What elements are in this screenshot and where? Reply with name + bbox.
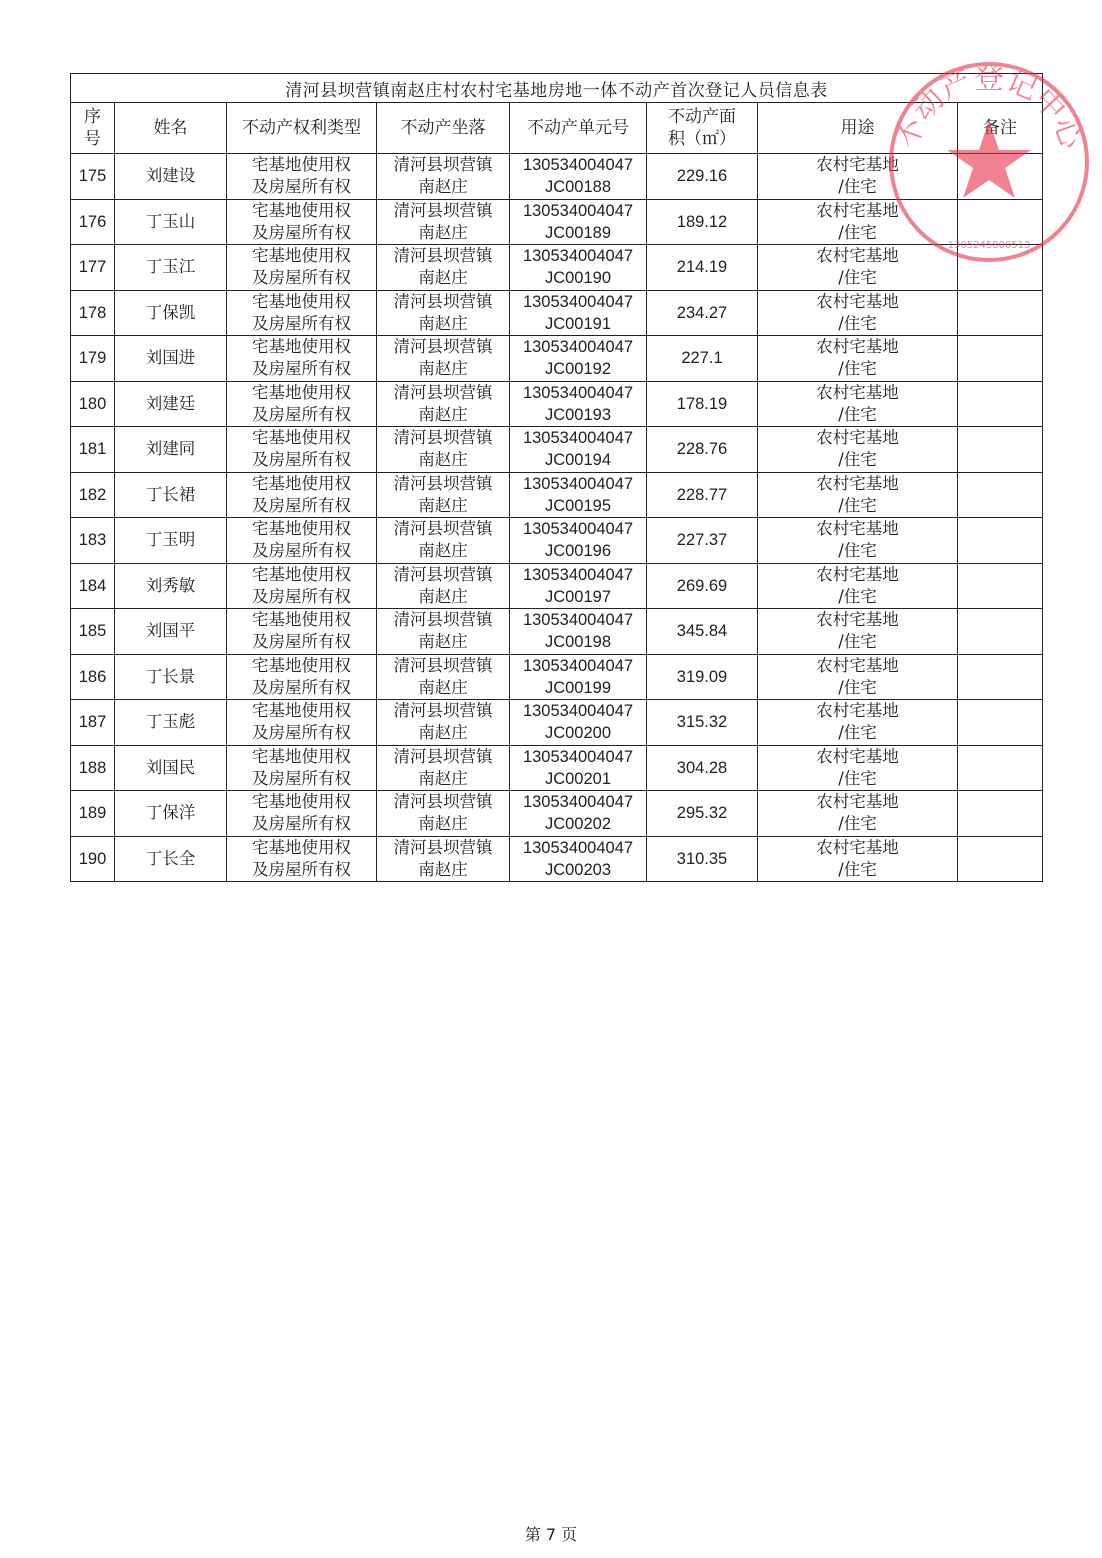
cell-area: 214.19 xyxy=(647,245,758,291)
cell-location: 清河县坝营镇南赵庄 xyxy=(377,290,510,336)
cell-remark xyxy=(958,381,1043,427)
table-row: 184刘秀敏宅基地使用权及房屋所有权清河县坝营镇南赵庄130534004047J… xyxy=(71,563,1043,609)
cell-remark xyxy=(958,700,1043,746)
cell-unit-no: 130534004047JC00198 xyxy=(510,609,647,655)
cell-right-type: 宅基地使用权及房屋所有权 xyxy=(227,245,377,291)
cell-unit-no: 130534004047JC00193 xyxy=(510,381,647,427)
cell-right-type: 宅基地使用权及房屋所有权 xyxy=(227,609,377,655)
table-row: 176丁玉山宅基地使用权及房屋所有权清河县坝营镇南赵庄130534004047J… xyxy=(71,199,1043,245)
header-usage: 用途 xyxy=(758,103,958,154)
cell-area: 304.28 xyxy=(647,745,758,791)
cell-unit-no: 130534004047JC00199 xyxy=(510,654,647,700)
cell-remark xyxy=(958,199,1043,245)
cell-location: 清河县坝营镇南赵庄 xyxy=(377,199,510,245)
cell-usage: 农村宅基地/住宅 xyxy=(758,745,958,791)
header-location: 不动产坐落 xyxy=(377,103,510,154)
table-row: 186丁长景宅基地使用权及房屋所有权清河县坝营镇南赵庄130534004047J… xyxy=(71,654,1043,700)
table-row: 187丁玉彪宅基地使用权及房屋所有权清河县坝营镇南赵庄130534004047J… xyxy=(71,700,1043,746)
cell-name: 刘秀敏 xyxy=(115,563,227,609)
cell-area: 269.69 xyxy=(647,563,758,609)
cell-name: 丁保凯 xyxy=(115,290,227,336)
cell-location: 清河县坝营镇南赵庄 xyxy=(377,609,510,655)
cell-area: 227.37 xyxy=(647,518,758,564)
cell-location: 清河县坝营镇南赵庄 xyxy=(377,654,510,700)
cell-right-type: 宅基地使用权及房屋所有权 xyxy=(227,563,377,609)
cell-remark xyxy=(958,245,1043,291)
cell-unit-no: 130534004047JC00190 xyxy=(510,245,647,291)
cell-right-type: 宅基地使用权及房屋所有权 xyxy=(227,472,377,518)
cell-right-type: 宅基地使用权及房屋所有权 xyxy=(227,427,377,473)
cell-location: 清河县坝营镇南赵庄 xyxy=(377,563,510,609)
cell-name: 丁保洋 xyxy=(115,791,227,837)
cell-name: 丁玉山 xyxy=(115,199,227,245)
cell-location: 清河县坝营镇南赵庄 xyxy=(377,336,510,382)
cell-seq: 176 xyxy=(71,199,115,245)
cell-unit-no: 130534004047JC00196 xyxy=(510,518,647,564)
cell-unit-no: 130534004047JC00192 xyxy=(510,336,647,382)
cell-area: 189.12 xyxy=(647,199,758,245)
cell-remark xyxy=(958,609,1043,655)
cell-right-type: 宅基地使用权及房屋所有权 xyxy=(227,700,377,746)
cell-usage: 农村宅基地/住宅 xyxy=(758,700,958,746)
cell-area: 227.1 xyxy=(647,336,758,382)
table-row: 188刘国民宅基地使用权及房屋所有权清河县坝营镇南赵庄130534004047J… xyxy=(71,745,1043,791)
cell-unit-no: 130534004047JC00188 xyxy=(510,154,647,200)
cell-unit-no: 130534004047JC00203 xyxy=(510,836,647,882)
cell-seq: 179 xyxy=(71,336,115,382)
cell-name: 丁玉江 xyxy=(115,245,227,291)
cell-location: 清河县坝营镇南赵庄 xyxy=(377,700,510,746)
cell-area: 319.09 xyxy=(647,654,758,700)
cell-location: 清河县坝营镇南赵庄 xyxy=(377,427,510,473)
cell-seq: 187 xyxy=(71,700,115,746)
cell-seq: 184 xyxy=(71,563,115,609)
cell-usage: 农村宅基地/住宅 xyxy=(758,791,958,837)
table-row: 182丁长裙宅基地使用权及房屋所有权清河县坝营镇南赵庄130534004047J… xyxy=(71,472,1043,518)
cell-location: 清河县坝营镇南赵庄 xyxy=(377,518,510,564)
cell-name: 刘国平 xyxy=(115,609,227,655)
header-remark: 备注 xyxy=(958,103,1043,154)
cell-remark xyxy=(958,472,1043,518)
header-area: 不动产面积（㎡） xyxy=(647,103,758,154)
cell-name: 丁长景 xyxy=(115,654,227,700)
cell-name: 刘建同 xyxy=(115,427,227,473)
cell-right-type: 宅基地使用权及房屋所有权 xyxy=(227,836,377,882)
registration-info-table-container: 清河县坝营镇南赵庄村农村宅基地房地一体不动产首次登记人员信息表 序号 姓名 不动… xyxy=(70,73,1042,882)
cell-area: 315.32 xyxy=(647,700,758,746)
table-row: 179刘国进宅基地使用权及房屋所有权清河县坝营镇南赵庄130534004047J… xyxy=(71,336,1043,382)
table-title: 清河县坝营镇南赵庄村农村宅基地房地一体不动产首次登记人员信息表 xyxy=(71,74,1043,103)
cell-seq: 183 xyxy=(71,518,115,564)
cell-seq: 182 xyxy=(71,472,115,518)
cell-unit-no: 130534004047JC00195 xyxy=(510,472,647,518)
cell-usage: 农村宅基地/住宅 xyxy=(758,245,958,291)
table-row: 181刘建同宅基地使用权及房屋所有权清河县坝营镇南赵庄130534004047J… xyxy=(71,427,1043,473)
header-name: 姓名 xyxy=(115,103,227,154)
header-unit-no: 不动产单元号 xyxy=(510,103,647,154)
cell-area: 178.19 xyxy=(647,381,758,427)
cell-right-type: 宅基地使用权及房屋所有权 xyxy=(227,154,377,200)
cell-unit-no: 130534004047JC00200 xyxy=(510,700,647,746)
cell-usage: 农村宅基地/住宅 xyxy=(758,654,958,700)
cell-unit-no: 130534004047JC00197 xyxy=(510,563,647,609)
cell-unit-no: 130534004047JC00201 xyxy=(510,745,647,791)
cell-usage: 农村宅基地/住宅 xyxy=(758,518,958,564)
table-row: 190丁长全宅基地使用权及房屋所有权清河县坝营镇南赵庄130534004047J… xyxy=(71,836,1043,882)
cell-location: 清河县坝营镇南赵庄 xyxy=(377,381,510,427)
cell-name: 刘国民 xyxy=(115,745,227,791)
cell-right-type: 宅基地使用权及房屋所有权 xyxy=(227,290,377,336)
cell-unit-no: 130534004047JC00191 xyxy=(510,290,647,336)
cell-area: 229.16 xyxy=(647,154,758,200)
cell-remark xyxy=(958,563,1043,609)
registration-info-table: 清河县坝营镇南赵庄村农村宅基地房地一体不动产首次登记人员信息表 序号 姓名 不动… xyxy=(70,73,1043,882)
cell-remark xyxy=(958,290,1043,336)
cell-area: 295.32 xyxy=(647,791,758,837)
cell-area: 345.84 xyxy=(647,609,758,655)
cell-name: 丁玉彪 xyxy=(115,700,227,746)
cell-location: 清河县坝营镇南赵庄 xyxy=(377,245,510,291)
cell-area: 310.35 xyxy=(647,836,758,882)
cell-name: 刘建设 xyxy=(115,154,227,200)
cell-seq: 188 xyxy=(71,745,115,791)
cell-remark xyxy=(958,518,1043,564)
cell-remark xyxy=(958,791,1043,837)
cell-area: 228.77 xyxy=(647,472,758,518)
cell-location: 清河县坝营镇南赵庄 xyxy=(377,472,510,518)
table-row: 178丁保凯宅基地使用权及房屋所有权清河县坝营镇南赵庄130534004047J… xyxy=(71,290,1043,336)
cell-remark xyxy=(958,427,1043,473)
cell-remark xyxy=(958,745,1043,791)
cell-unit-no: 130534004047JC00202 xyxy=(510,791,647,837)
cell-remark xyxy=(958,336,1043,382)
cell-usage: 农村宅基地/住宅 xyxy=(758,609,958,655)
cell-usage: 农村宅基地/住宅 xyxy=(758,563,958,609)
cell-right-type: 宅基地使用权及房屋所有权 xyxy=(227,199,377,245)
cell-seq: 190 xyxy=(71,836,115,882)
cell-location: 清河县坝营镇南赵庄 xyxy=(377,836,510,882)
table-row: 177丁玉江宅基地使用权及房屋所有权清河县坝营镇南赵庄130534004047J… xyxy=(71,245,1043,291)
cell-usage: 农村宅基地/住宅 xyxy=(758,836,958,882)
cell-location: 清河县坝营镇南赵庄 xyxy=(377,791,510,837)
cell-seq: 185 xyxy=(71,609,115,655)
cell-seq: 181 xyxy=(71,427,115,473)
cell-right-type: 宅基地使用权及房屋所有权 xyxy=(227,745,377,791)
header-right-type: 不动产权利类型 xyxy=(227,103,377,154)
cell-seq: 178 xyxy=(71,290,115,336)
cell-right-type: 宅基地使用权及房屋所有权 xyxy=(227,336,377,382)
cell-unit-no: 130534004047JC00189 xyxy=(510,199,647,245)
cell-usage: 农村宅基地/住宅 xyxy=(758,290,958,336)
cell-seq: 177 xyxy=(71,245,115,291)
cell-area: 228.76 xyxy=(647,427,758,473)
cell-location: 清河县坝营镇南赵庄 xyxy=(377,745,510,791)
cell-remark xyxy=(958,836,1043,882)
cell-unit-no: 130534004047JC00194 xyxy=(510,427,647,473)
table-row: 180刘建廷宅基地使用权及房屋所有权清河县坝营镇南赵庄130534004047J… xyxy=(71,381,1043,427)
cell-name: 丁长全 xyxy=(115,836,227,882)
cell-usage: 农村宅基地/住宅 xyxy=(758,427,958,473)
cell-location: 清河县坝营镇南赵庄 xyxy=(377,154,510,200)
table-row: 183丁玉明宅基地使用权及房屋所有权清河县坝营镇南赵庄130534004047J… xyxy=(71,518,1043,564)
cell-seq: 189 xyxy=(71,791,115,837)
header-seq: 序号 xyxy=(71,103,115,154)
cell-right-type: 宅基地使用权及房屋所有权 xyxy=(227,654,377,700)
cell-usage: 农村宅基地/住宅 xyxy=(758,154,958,200)
cell-seq: 180 xyxy=(71,381,115,427)
table-row: 175刘建设宅基地使用权及房屋所有权清河县坝营镇南赵庄130534004047J… xyxy=(71,154,1043,200)
cell-seq: 186 xyxy=(71,654,115,700)
cell-remark xyxy=(958,654,1043,700)
cell-usage: 农村宅基地/住宅 xyxy=(758,472,958,518)
header-row: 序号 姓名 不动产权利类型 不动产坐落 不动产单元号 不动产面积（㎡） 用途 备… xyxy=(71,103,1043,154)
cell-name: 丁玉明 xyxy=(115,518,227,564)
page-number: 第 7 页 xyxy=(0,1522,1102,1545)
cell-right-type: 宅基地使用权及房屋所有权 xyxy=(227,518,377,564)
cell-usage: 农村宅基地/住宅 xyxy=(758,381,958,427)
cell-right-type: 宅基地使用权及房屋所有权 xyxy=(227,791,377,837)
table-row: 189丁保洋宅基地使用权及房屋所有权清河县坝营镇南赵庄130534004047J… xyxy=(71,791,1043,837)
cell-usage: 农村宅基地/住宅 xyxy=(758,336,958,382)
cell-area: 234.27 xyxy=(647,290,758,336)
cell-seq: 175 xyxy=(71,154,115,200)
cell-name: 刘建廷 xyxy=(115,381,227,427)
cell-right-type: 宅基地使用权及房屋所有权 xyxy=(227,381,377,427)
table-row: 185刘国平宅基地使用权及房屋所有权清河县坝营镇南赵庄130534004047J… xyxy=(71,609,1043,655)
cell-remark xyxy=(958,154,1043,200)
cell-usage: 农村宅基地/住宅 xyxy=(758,199,958,245)
cell-name: 丁长裙 xyxy=(115,472,227,518)
cell-name: 刘国进 xyxy=(115,336,227,382)
